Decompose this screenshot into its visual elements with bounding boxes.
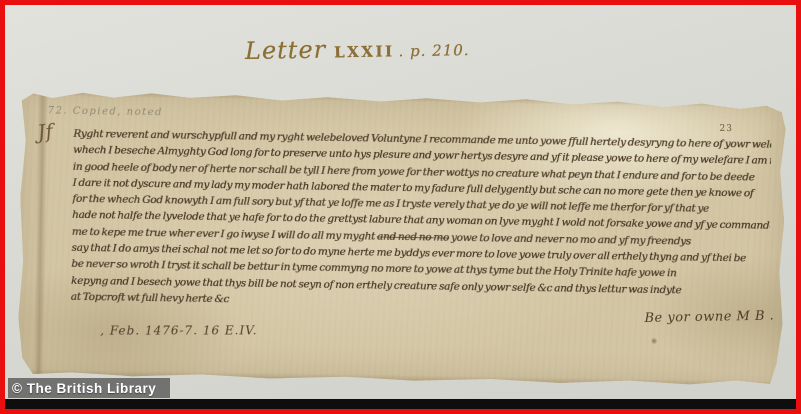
manuscript-parchment: 72. Copied, noted Jf 23 Ryght reverent a… — [18, 89, 786, 387]
screenshot-frame: LetterLXXII. p. 210. 72. Copied, noted J… — [0, 0, 801, 414]
manuscript-body-text: Ryght reverent and wurschypfull and my r… — [71, 126, 772, 316]
photograph-mount: LetterLXXII. p. 210. 72. Copied, noted J… — [5, 5, 796, 409]
caption-roman-numeral: LXXII — [334, 42, 395, 61]
signature-flourish: Be yor owne M B . — [644, 309, 774, 326]
copyright-watermark-bar: © The British Library — [8, 378, 170, 398]
archivist-pencil-note: 72. Copied, noted — [48, 105, 164, 118]
date-annotation: , Feb. 1476-7. 16 E.IV. — [100, 323, 257, 337]
folio-number: 23 — [719, 124, 733, 134]
letter-caption: LetterLXXII. p. 210. — [245, 33, 470, 65]
caption-page-reference: . p. 210. — [398, 41, 469, 60]
copyright-watermark-text: © The British Library — [8, 381, 156, 396]
margin-monogram-flourish: Jf — [36, 119, 54, 145]
photo-bottom-black-strip — [5, 399, 796, 409]
ink-stain — [651, 337, 657, 345]
caption-word: Letter — [245, 36, 327, 65]
